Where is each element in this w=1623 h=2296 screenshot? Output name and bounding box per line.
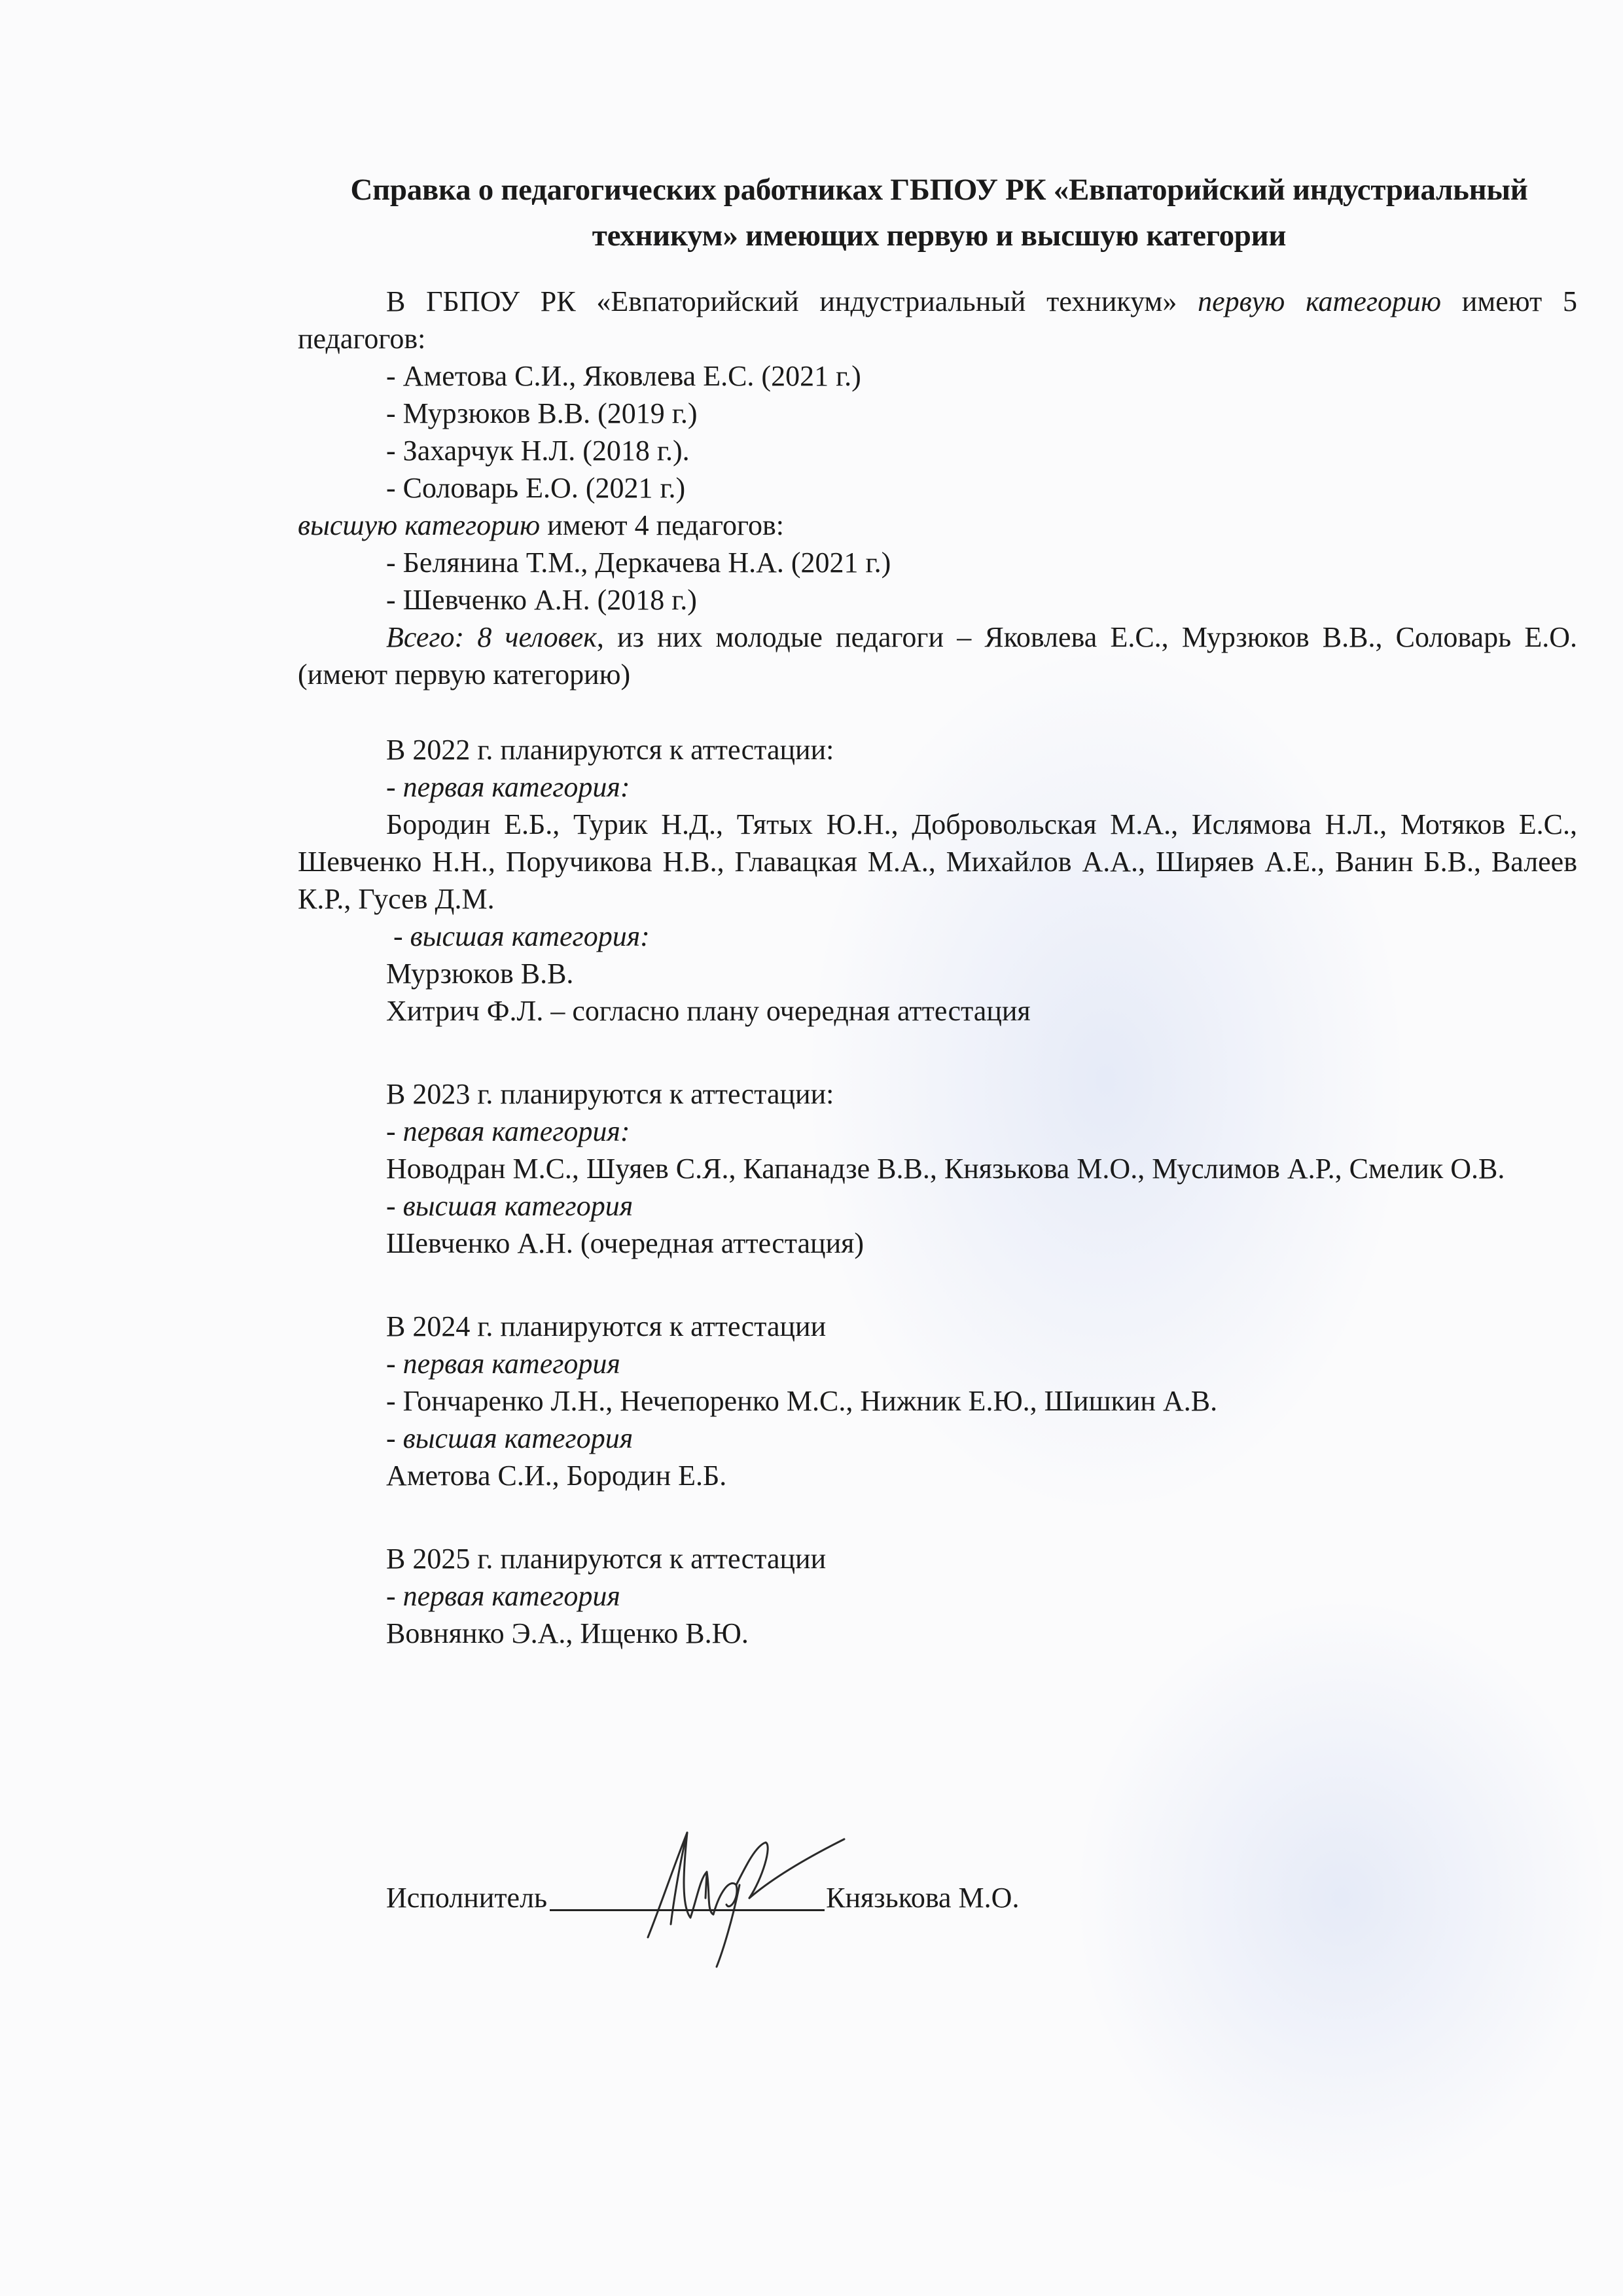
scan-stain xyxy=(1080,1604,1603,2193)
first-category-term: первую категорию xyxy=(1198,285,1441,317)
plan-2023: В 2023 г. планируются к аттестации: - пе… xyxy=(298,1075,1577,1262)
plan-2022: В 2022 г. планируются к аттестации: - пе… xyxy=(298,731,1577,1030)
plan-heading: В 2024 г. планируются к аттестации xyxy=(298,1308,1577,1345)
first-category-names: Бородин Е.Б., Турик Н.Д., Тятых Ю.Н., До… xyxy=(298,806,1577,918)
document-title: Справка о педагогических работниках ГБПО… xyxy=(298,167,1580,259)
plan-2025: В 2025 г. планируются к аттестации - пер… xyxy=(298,1540,1577,1652)
first-category-label: - первая категория xyxy=(298,1345,1577,1382)
plan-2024: В 2024 г. планируются к аттестации - пер… xyxy=(298,1308,1577,1494)
signature-block: Исполнитель Князькова М.О. xyxy=(386,1878,1019,1918)
total-paragraph: Всего: 8 человек, из них молодые педагог… xyxy=(298,619,1577,693)
highest-category-list: - Белянина Т.М., Деркачева Н.А. (2021 г.… xyxy=(298,544,1577,619)
first-category-label: - первая категория xyxy=(298,1577,1577,1615)
highest-category-name: Мурзюков В.В. xyxy=(298,955,1577,992)
highest-category-name: Аметова С.И., Бородин Е.Б. xyxy=(298,1457,1577,1494)
signature-line xyxy=(550,1909,825,1911)
highest-category-label: - высшая категория: xyxy=(298,918,1577,955)
plan-heading: В 2023 г. планируются к аттестации: xyxy=(298,1075,1577,1113)
plan-heading: В 2025 г. планируются к аттестации xyxy=(298,1540,1577,1577)
first-category-list: - Аметова С.И., Яковлева Е.С. (2021 г.) … xyxy=(298,357,1577,507)
highest-category-name: Шевченко А.Н. (очередная аттестация) xyxy=(298,1225,1577,1262)
list-item: - Аметова С.И., Яковлева Е.С. (2021 г.) xyxy=(298,357,1577,395)
highest-intro: высшую категорию имеют 4 педагогов: xyxy=(298,507,1577,544)
signer-role: Исполнитель xyxy=(386,1878,547,1918)
first-category-label: - первая категория: xyxy=(298,1113,1577,1150)
highest-category-name: Хитрич Ф.Л. – согласно плану очередная а… xyxy=(298,992,1577,1030)
highest-category-term: высшую категорию xyxy=(298,509,540,541)
first-category-label: - первая категория: xyxy=(298,768,1577,806)
first-category-names: Вовнянко Э.А., Ищенко В.Ю. xyxy=(298,1615,1577,1652)
list-item: - Шевченко А.Н. (2018 г.) xyxy=(298,581,1577,619)
first-category-names: Новодран М.С., Шуяев С.Я., Капанадзе В.В… xyxy=(298,1150,1577,1187)
list-item: - Мурзюков В.В. (2019 г.) xyxy=(298,395,1577,432)
highest-category-label: - высшая категория xyxy=(298,1187,1577,1225)
plan-heading: В 2022 г. планируются к аттестации: xyxy=(298,731,1577,768)
list-item: - Белянина Т.М., Деркачева Н.А. (2021 г.… xyxy=(298,544,1577,581)
document-page: Справка о педагогических работниках ГБПО… xyxy=(0,0,1623,2296)
highest-category-label: - высшая категория xyxy=(298,1420,1577,1457)
list-item: - Соловарь Е.О. (2021 г.) xyxy=(298,469,1577,507)
first-category-names: - Гончаренко Л.Н., Нечепоренко М.С., Ниж… xyxy=(298,1382,1577,1420)
signer-name: Князькова М.О. xyxy=(826,1878,1019,1918)
list-item: - Захарчук Н.Л. (2018 г.). xyxy=(298,432,1577,469)
document-body: В ГБПОУ РК «Евпаторийский индустриальный… xyxy=(298,283,1577,1652)
intro-paragraph: В ГБПОУ РК «Евпаторийский индустриальный… xyxy=(298,283,1577,357)
